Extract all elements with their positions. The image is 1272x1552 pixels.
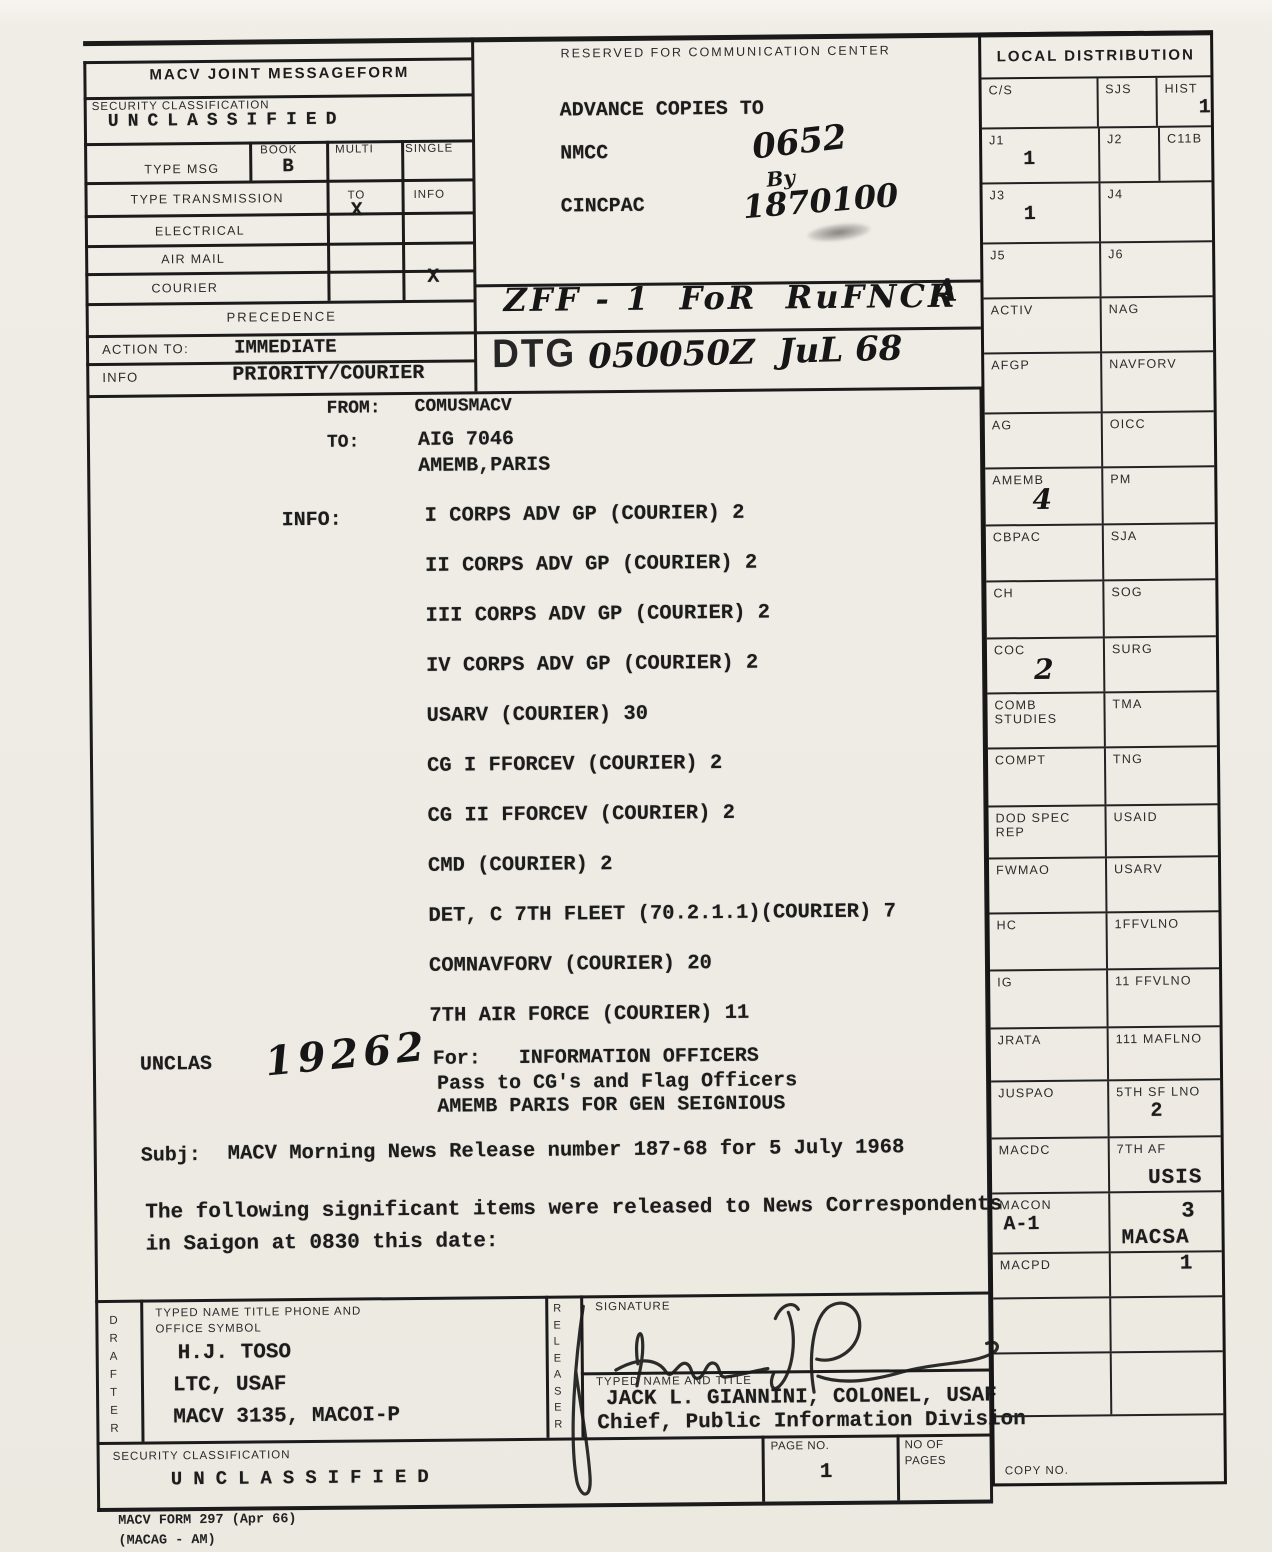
distribution-row: COMB STUDIESTMA: [987, 692, 1217, 749]
distribution-cell: 5TH SF LNO2: [1109, 1080, 1221, 1136]
macsa-count-stamp: 1: [1180, 1253, 1193, 1276]
distribution-cell: TNG: [1106, 747, 1218, 804]
cincpac-label: CINCPAC: [561, 195, 645, 219]
distribution-cell: [1112, 1352, 1224, 1414]
distribution-cell-label: TMA: [1112, 696, 1216, 711]
distribution-cell-label: COMB STUDIES: [994, 697, 1103, 726]
distribution-cell-label: 11 FFVLNO: [1115, 973, 1219, 988]
distribution-cell: CBPAC: [986, 525, 1105, 580]
distribution-cell: SURG: [1105, 637, 1217, 691]
form-number: MACV FORM 297 (Apr 66): [118, 1512, 296, 1529]
form-title: MACV JOINT MESSAGEFORM: [85, 63, 473, 84]
info-addressee-line: COMNAVFORV (COURIER) 20: [429, 949, 999, 978]
distribution-cell-label: SJA: [1111, 528, 1215, 543]
info-addressee-line: CG I FFORCEV (COURIER) 2: [427, 749, 997, 778]
distribution-cell: FWMAO: [989, 858, 1108, 912]
distribution-row: J11J2C11B: [982, 127, 1212, 184]
distribution-cell: USAID: [1106, 805, 1217, 856]
no-of-pages-label: NO OF PAGES: [905, 1437, 947, 1469]
unclas-label: UNCLAS: [140, 1053, 212, 1077]
distribution-cell-label: MACPD: [1000, 1257, 1109, 1272]
rule: [84, 178, 474, 184]
unclas-handwritten-number: 19262: [263, 1023, 431, 1086]
distribution-cell-value: 1: [1023, 147, 1098, 171]
distribution-row: J31J4: [982, 182, 1212, 244]
air-mail-label: AIR MAIL: [161, 252, 225, 267]
distribution-cell-label: MACDC: [999, 1142, 1108, 1157]
distribution-cell: COC2: [987, 638, 1106, 692]
distribution-cell: [1111, 1297, 1223, 1351]
routing-handwritten-line: ZFF - 1 FoR RuFNCR: [503, 277, 957, 319]
distribution-cell-label: JRATA: [998, 1032, 1107, 1047]
distribution-cell: C11B: [1160, 127, 1212, 180]
distribution-cell-label: OICC: [1110, 416, 1214, 431]
distribution-cell-label: C/S: [989, 82, 1097, 97]
subject-value: MACV Morning News Release number 187-68 …: [228, 1136, 905, 1165]
bottom-security-label: SECURITY CLASSIFICATION: [113, 1449, 291, 1463]
distribution-cell: ACTIV: [984, 298, 1103, 352]
distribution-cell-label: HC: [997, 917, 1106, 932]
distribution-cell-label: SJS: [1105, 82, 1155, 96]
macsa-stamp: MACSA: [1122, 1227, 1190, 1251]
distribution-cell: [1111, 1252, 1222, 1296]
for-line: AMEMB PARIS FOR GEN SEIGNIOUS: [437, 1092, 785, 1118]
distribution-cell: 111 MAFLNO: [1109, 1027, 1220, 1079]
rule: [86, 299, 476, 305]
multi-label: MULTI: [335, 143, 374, 155]
distribution-cell: USARV: [1107, 857, 1219, 911]
routing-suffix-handwritten: A: [933, 273, 957, 309]
reserved-comm-center-label: RESERVED FOR COMMUNICATION CENTER: [473, 43, 978, 62]
distribution-cell: AFGP: [984, 353, 1103, 412]
distribution-cell: SJA: [1104, 524, 1216, 579]
distribution-cell-value: 4: [1032, 482, 1101, 516]
cincpac-handwritten-value: 1870100: [741, 176, 899, 226]
distribution-cell-value: A-1: [1003, 1212, 1108, 1236]
distribution-cell: SOG: [1104, 580, 1216, 636]
advance-copies-label: ADVANCE COPIES TO: [560, 98, 764, 123]
distribution-cell-label: TNG: [1113, 751, 1217, 766]
to-label: TO:: [327, 432, 360, 452]
distribution-cell: DOD SPEC REP: [988, 806, 1106, 857]
distribution-cell-label: [1118, 1301, 1222, 1302]
info-addressee-line: USARV (COURIER) 30: [426, 699, 996, 728]
body-line: in Saigon at 0830 this date:: [146, 1230, 499, 1256]
form-left-rule: [83, 61, 100, 1512]
distribution-cell-label: 111 MAFLNO: [1116, 1031, 1220, 1046]
ink-smudge: [806, 220, 872, 244]
distribution-cell-value: 2: [1150, 1099, 1220, 1123]
distribution-row: AMEMB4PM: [985, 467, 1215, 526]
distribution-cell-label: J5: [990, 247, 1099, 262]
distribution-cell-label: JUSPAO: [998, 1085, 1107, 1100]
for-line: INFORMATION OFFICERS: [519, 1045, 759, 1070]
distribution-cell-label: 5TH SF LNO: [1116, 1084, 1220, 1099]
distribution-cell-label: [1001, 1357, 1110, 1358]
rule: [85, 211, 475, 217]
distribution-cell-label: J1: [989, 132, 1098, 147]
distribution-row: ACTIVNAG: [984, 297, 1214, 354]
page-no-label: PAGE NO.: [771, 1440, 830, 1453]
scanned-document-page: MACV JOINT MESSAGEFORM SECURITY CLASSIFI…: [0, 0, 1272, 1552]
distribution-cell-label: PM: [1110, 471, 1214, 486]
distribution-cell: JUSPAO: [991, 1081, 1110, 1137]
distribution-cell: [994, 1353, 1113, 1415]
distribution-cell-label: C11B: [1167, 131, 1211, 145]
distribution-cell-label: HIST: [1164, 81, 1210, 95]
distribution-cell-label: COMPT: [995, 752, 1104, 767]
action-to-value: IMMEDIATE: [234, 336, 337, 359]
dtg-handwritten-value: 050050Z JuL 68: [588, 329, 903, 377]
page-no-value: 1: [820, 1461, 833, 1484]
distribution-row: [993, 1297, 1223, 1354]
to-line: AMEMB,PARIS: [418, 454, 550, 478]
type-msg-label: TYPE MSG: [144, 162, 219, 177]
info-addressee-line: IV CORPS ADV GP (COURIER) 2: [426, 649, 996, 678]
distribution-row: [994, 1352, 1224, 1417]
info-addressee-line: III CORPS ADV GP (COURIER) 2: [426, 599, 996, 628]
rule: [85, 241, 475, 247]
distribution-cell-label: 1FFVLNO: [1115, 916, 1219, 931]
distribution-row: COMPTTNG: [988, 747, 1218, 807]
distribution-row: JUSPAO5TH SF LNO2: [991, 1080, 1221, 1139]
distribution-cell: 1FFVLNO: [1107, 912, 1219, 968]
distribution-row: AGOICC: [985, 412, 1215, 469]
distribution-cell-label: J3: [990, 187, 1099, 202]
distribution-cell: AG: [985, 413, 1104, 467]
distribution-cell-label: NAVFORV: [1109, 356, 1213, 371]
distribution-cell: [993, 1298, 1112, 1352]
distribution-cell: MACDC: [992, 1138, 1111, 1192]
distribution-row: FWMAOUSARV: [989, 857, 1219, 914]
rule: [140, 1300, 144, 1442]
distribution-cell-label: NAG: [1109, 301, 1213, 316]
info-addressee-line: CMD (COURIER) 2: [428, 849, 998, 878]
distribution-cell-label: SURG: [1112, 641, 1216, 656]
distribution-cell-label: J6: [1108, 246, 1212, 261]
info-addressee-line: II CORPS ADV GP (COURIER) 2: [425, 549, 995, 578]
subject-label: Subj:: [141, 1144, 201, 1168]
info-label: INFO:: [282, 509, 342, 533]
to-line: AIG 7046: [418, 428, 514, 452]
distribution-cell-label: DOD SPEC REP: [996, 810, 1105, 839]
distribution-row: IG11 FFVLNO: [990, 969, 1220, 1029]
macv-messageform: MACV JOINT MESSAGEFORM SECURITY CLASSIFI…: [0, 0, 1272, 1552]
distribution-row: HC1FFVLNO: [989, 912, 1219, 971]
distribution-cell: J4: [1100, 182, 1212, 241]
distribution-cell: NAG: [1102, 297, 1214, 351]
precedence-label: PRECEDENCE: [88, 307, 476, 326]
distribution-cell-label: 7TH AF: [1117, 1141, 1221, 1156]
distribution-cell-label: AG: [992, 417, 1101, 432]
form-org: (MACAG - AM): [118, 1533, 215, 1549]
security-classification-value: UNCLASSIFIED: [108, 110, 346, 132]
distribution-cell: HIST1: [1157, 77, 1210, 126]
distribution-cell: COMPT: [988, 748, 1107, 805]
electrical-label: ELECTRICAL: [155, 224, 245, 239]
distribution-cell-value: 1: [1024, 202, 1099, 226]
distribution-cell: AMEMB4: [985, 468, 1104, 524]
rule: [401, 140, 405, 300]
body-line: The following significant items were rel…: [145, 1193, 1002, 1224]
distribution-cell-label: [1118, 1256, 1222, 1257]
info-addressee-line: I CORPS ADV GP (COURIER) 2: [425, 499, 995, 528]
drafter-vertical-label: DRAFTER: [109, 1312, 126, 1438]
drafter-rank: LTC, USAF: [173, 1373, 287, 1397]
drafter-name: H.J. TOSO: [178, 1341, 292, 1365]
nmcc-label: NMCC: [560, 142, 608, 165]
distribution-row: COC2SURG: [987, 637, 1217, 694]
distribution-cell: SJS: [1098, 78, 1158, 127]
distribution-cell: MACONA-1: [992, 1193, 1111, 1252]
typed-name-box-label: TYPED NAME TITLE PHONE AND OFFICE SYMBOL: [155, 1304, 361, 1338]
distribution-cell-label: AFGP: [991, 357, 1100, 372]
usis-stamp: USIS: [1148, 1166, 1203, 1190]
distribution-cell: J2: [1100, 128, 1161, 182]
distribution-cell: JRATA: [991, 1028, 1109, 1080]
courier-label: COURIER: [151, 281, 218, 296]
rule: [84, 93, 474, 99]
info-row-label: INFO: [102, 370, 138, 385]
info-addressee-line: CG II FFORCEV (COURIER) 2: [427, 799, 997, 828]
distribution-cell: CH: [986, 581, 1105, 637]
distribution-cell-label: [1117, 1196, 1221, 1197]
distribution-cell: J11: [982, 128, 1101, 182]
distribution-cell-label: USAID: [1114, 809, 1218, 824]
copy-no-cell: COPY NO.: [994, 1415, 1224, 1483]
info-addressee-list: I CORPS ADV GP (COURIER) 2II CORPS ADV G…: [425, 499, 1000, 1054]
distribution-row: C/SSJSHIST1: [981, 77, 1210, 129]
from-label: FROM:: [327, 398, 381, 419]
single-label: SINGLE: [405, 143, 453, 155]
distribution-cell-label: J4: [1108, 186, 1212, 201]
distribution-cell: C/S: [981, 78, 1098, 127]
info-addressee-line: DET, C 7TH FLEET (70.2.1.1)(COURIER) 7: [428, 899, 998, 928]
distribution-row: CHSOG: [986, 580, 1216, 639]
bottom-security-value: UNCLASSIFIED: [171, 1466, 440, 1491]
distribution-cell: J5: [983, 243, 1102, 297]
distribution-cell-label: USARV: [1114, 861, 1218, 876]
distribution-cell: NAVFORV: [1102, 352, 1214, 411]
dtg-label: DTG: [492, 331, 577, 377]
distribution-cell: J6: [1101, 242, 1213, 296]
distribution-cell: OICC: [1103, 412, 1215, 466]
type-transmission-label: TYPE TRANSMISSION: [131, 191, 284, 206]
distribution-cell-value: 2: [1034, 652, 1103, 686]
distribution-cell-label: IG: [997, 974, 1106, 989]
usis-count-stamp: 3: [1181, 1199, 1194, 1224]
for-label: For:: [433, 1047, 481, 1070]
signature-handwriting: [545, 1282, 1017, 1512]
distribution-row: DOD SPEC REPUSAID: [988, 805, 1217, 859]
distribution-cell: PM: [1103, 467, 1215, 523]
electrical-to-checkmark: X: [351, 199, 363, 222]
distribution-cell-label: CH: [993, 585, 1102, 600]
rule: [326, 141, 330, 301]
courier-info-checkmark: X: [427, 266, 439, 289]
copy-no-label: COPY NO.: [1005, 1465, 1069, 1478]
drafter-office: MACV 3135, MACOI-P: [173, 1404, 400, 1429]
distribution-cell: MACPD: [993, 1253, 1111, 1297]
rule: [85, 269, 475, 275]
distribution-cell: TMA: [1105, 692, 1217, 746]
from-value: COMUSMACV: [415, 396, 512, 417]
book-value: B: [282, 155, 294, 177]
distribution-cell: IG: [990, 970, 1109, 1027]
info-addressee-line: 7TH AIR FORCE (COURIER) 11: [429, 999, 999, 1028]
distribution-cell-label: CBPAC: [993, 529, 1102, 544]
distribution-row: JRATA111 MAFLNO: [991, 1027, 1220, 1082]
rule: [86, 387, 981, 399]
distribution-cell-value: 1: [1199, 96, 1211, 119]
for-line: Pass to CG's and Flag Officers: [437, 1069, 797, 1095]
distribution-cell-label: J2: [1107, 132, 1158, 146]
local-distribution-title: LOCAL DISTRIBUTION: [981, 33, 1210, 79]
distribution-cell: 11 FFVLNO: [1108, 969, 1220, 1026]
info-row-value: PRIORITY/COURIER: [232, 362, 424, 387]
nmcc-handwritten-value: 0652: [750, 117, 849, 168]
distribution-cell: J31: [982, 183, 1101, 242]
distribution-row: J5J6: [983, 242, 1213, 299]
distribution-row: AFGPNAVFORV: [984, 352, 1214, 414]
distribution-cell: COMB STUDIES: [987, 693, 1106, 747]
action-to-label: ACTION TO:: [102, 341, 189, 357]
distribution-row: CBPACSJA: [986, 524, 1216, 582]
rule: [471, 37, 477, 391]
distribution-cell-label: MACON: [999, 1197, 1108, 1212]
rule: [249, 142, 252, 181]
distribution-cell-label: [1119, 1356, 1223, 1357]
rule: [83, 57, 473, 63]
distribution-cell-label: [1000, 1302, 1109, 1303]
distribution-cell-label: ACTIV: [991, 302, 1100, 317]
distribution-cell: HC: [989, 913, 1108, 969]
info-column-label: INFO: [414, 189, 446, 201]
distribution-cell-label: FWMAO: [996, 862, 1105, 877]
distribution-cell-label: SOG: [1111, 584, 1215, 599]
